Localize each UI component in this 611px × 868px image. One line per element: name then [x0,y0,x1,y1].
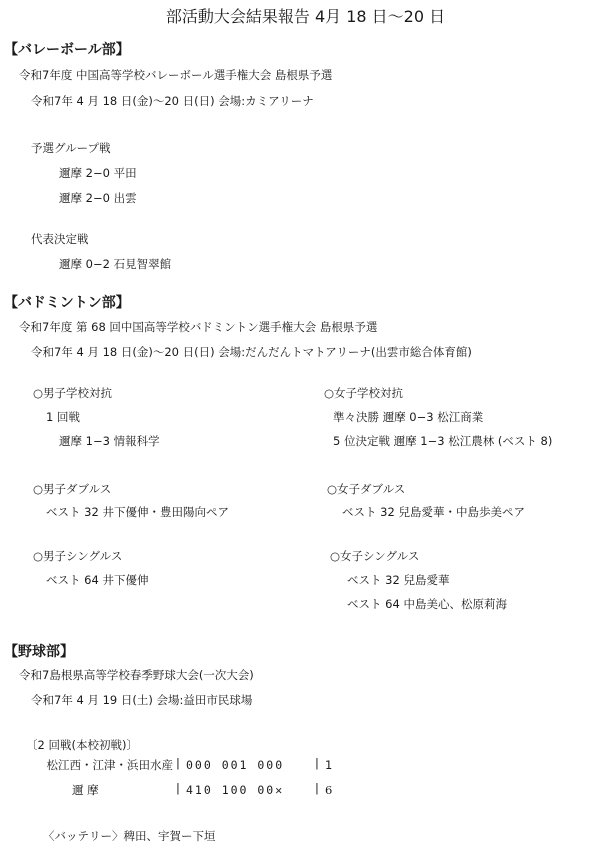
baseball-round-label: 〔2 回戦(本校初戦)〕 [26,740,138,752]
scoreboard-total: 1 [325,760,332,772]
boys-singles-label: ○男子シングルス [33,551,122,563]
scoreboard-divider: | [176,758,180,770]
girls-team-row: 準々決勝 邇摩 0−3 松江商業 [333,412,483,424]
scoreboard-team: 松江西・江津・浜田水産 [38,760,173,772]
girls-singles-label: ○女子シングルス [330,551,419,563]
scoreboard-innings: 000 001 000 [186,760,284,772]
boys-singles-result: ベスト 64 井下優伸 [46,575,148,587]
girls-team-row: 5 位決定戦 邇摩 1−3 松江農林 (ベスト 8) [333,436,552,448]
girls-team-label: ○女子学校対抗 [324,388,403,400]
girls-singles-row: ベスト 32 兒島愛華 [347,575,449,587]
scoreboard-divider: | [315,758,319,770]
volleyball-group-result: 邇摩 2−0 平田 [59,168,137,180]
girls-singles-row: ベスト 64 中島美心、松原莉海 [347,599,507,611]
scoreboard-total: 6 [325,785,332,797]
volleyball-tournament: 令和7年度 中国高等学校バレーボール選手権大会 島根県予選 [19,70,332,82]
volleyball-final-result: 邇摩 0−2 石見智翠館 [59,259,171,271]
page-title: 部活動大会結果報告 4月 18 日〜20 日 [0,9,611,25]
boys-team-round: 1 回戦 [46,412,80,424]
baseball-battery: 〈バッテリー〉稗田、宇賀ー下垣 [43,831,216,843]
baseball-tournament: 令和7島根県高等学校春季野球大会(一次大会) [19,670,254,682]
scoreboard-team: 邇 摩 [72,785,99,797]
boys-doubles-label: ○男子ダブルス [33,484,111,496]
scoreboard-divider: | [315,783,319,795]
girls-doubles-result: ベスト 32 兒島愛華・中島歩美ペア [342,507,525,519]
volleyball-heading: 【バレーボール部】 [4,43,130,57]
badminton-date-venue: 令和7年 4 月 18 日(金)〜20 日(日) 会場:だんだんトマトアリーナ(… [31,347,472,359]
volleyball-date-venue: 令和7年 4 月 18 日(金)〜20 日(日) 会場:カミアリーナ [31,96,314,108]
boys-team-result: 邇摩 1−3 情報科学 [59,436,160,448]
baseball-date-venue: 令和7年 4 月 19 日(土) 会場:益田市民球場 [31,695,252,707]
badminton-tournament: 令和7年度 第 68 回中国高等学校バドミントン選手権大会 島根県予選 [19,322,377,334]
girls-doubles-label: ○女子ダブルス [327,484,405,496]
scoreboard-divider: | [176,783,180,795]
volleyball-final-label: 代表決定戦 [31,234,89,246]
volleyball-group-result: 邇摩 2−0 出雲 [59,193,137,205]
badminton-heading: 【バドミントン部】 [4,296,130,310]
boys-team-label: ○男子学校対抗 [33,388,112,400]
baseball-heading: 【野球部】 [4,645,74,659]
scoreboard-innings: 410 100 00✕ [186,785,284,797]
boys-doubles-result: ベスト 32 井下優伸・豊田陽向ペア [46,507,229,519]
volleyball-group-stage-label: 予選グループ戦 [31,143,111,155]
